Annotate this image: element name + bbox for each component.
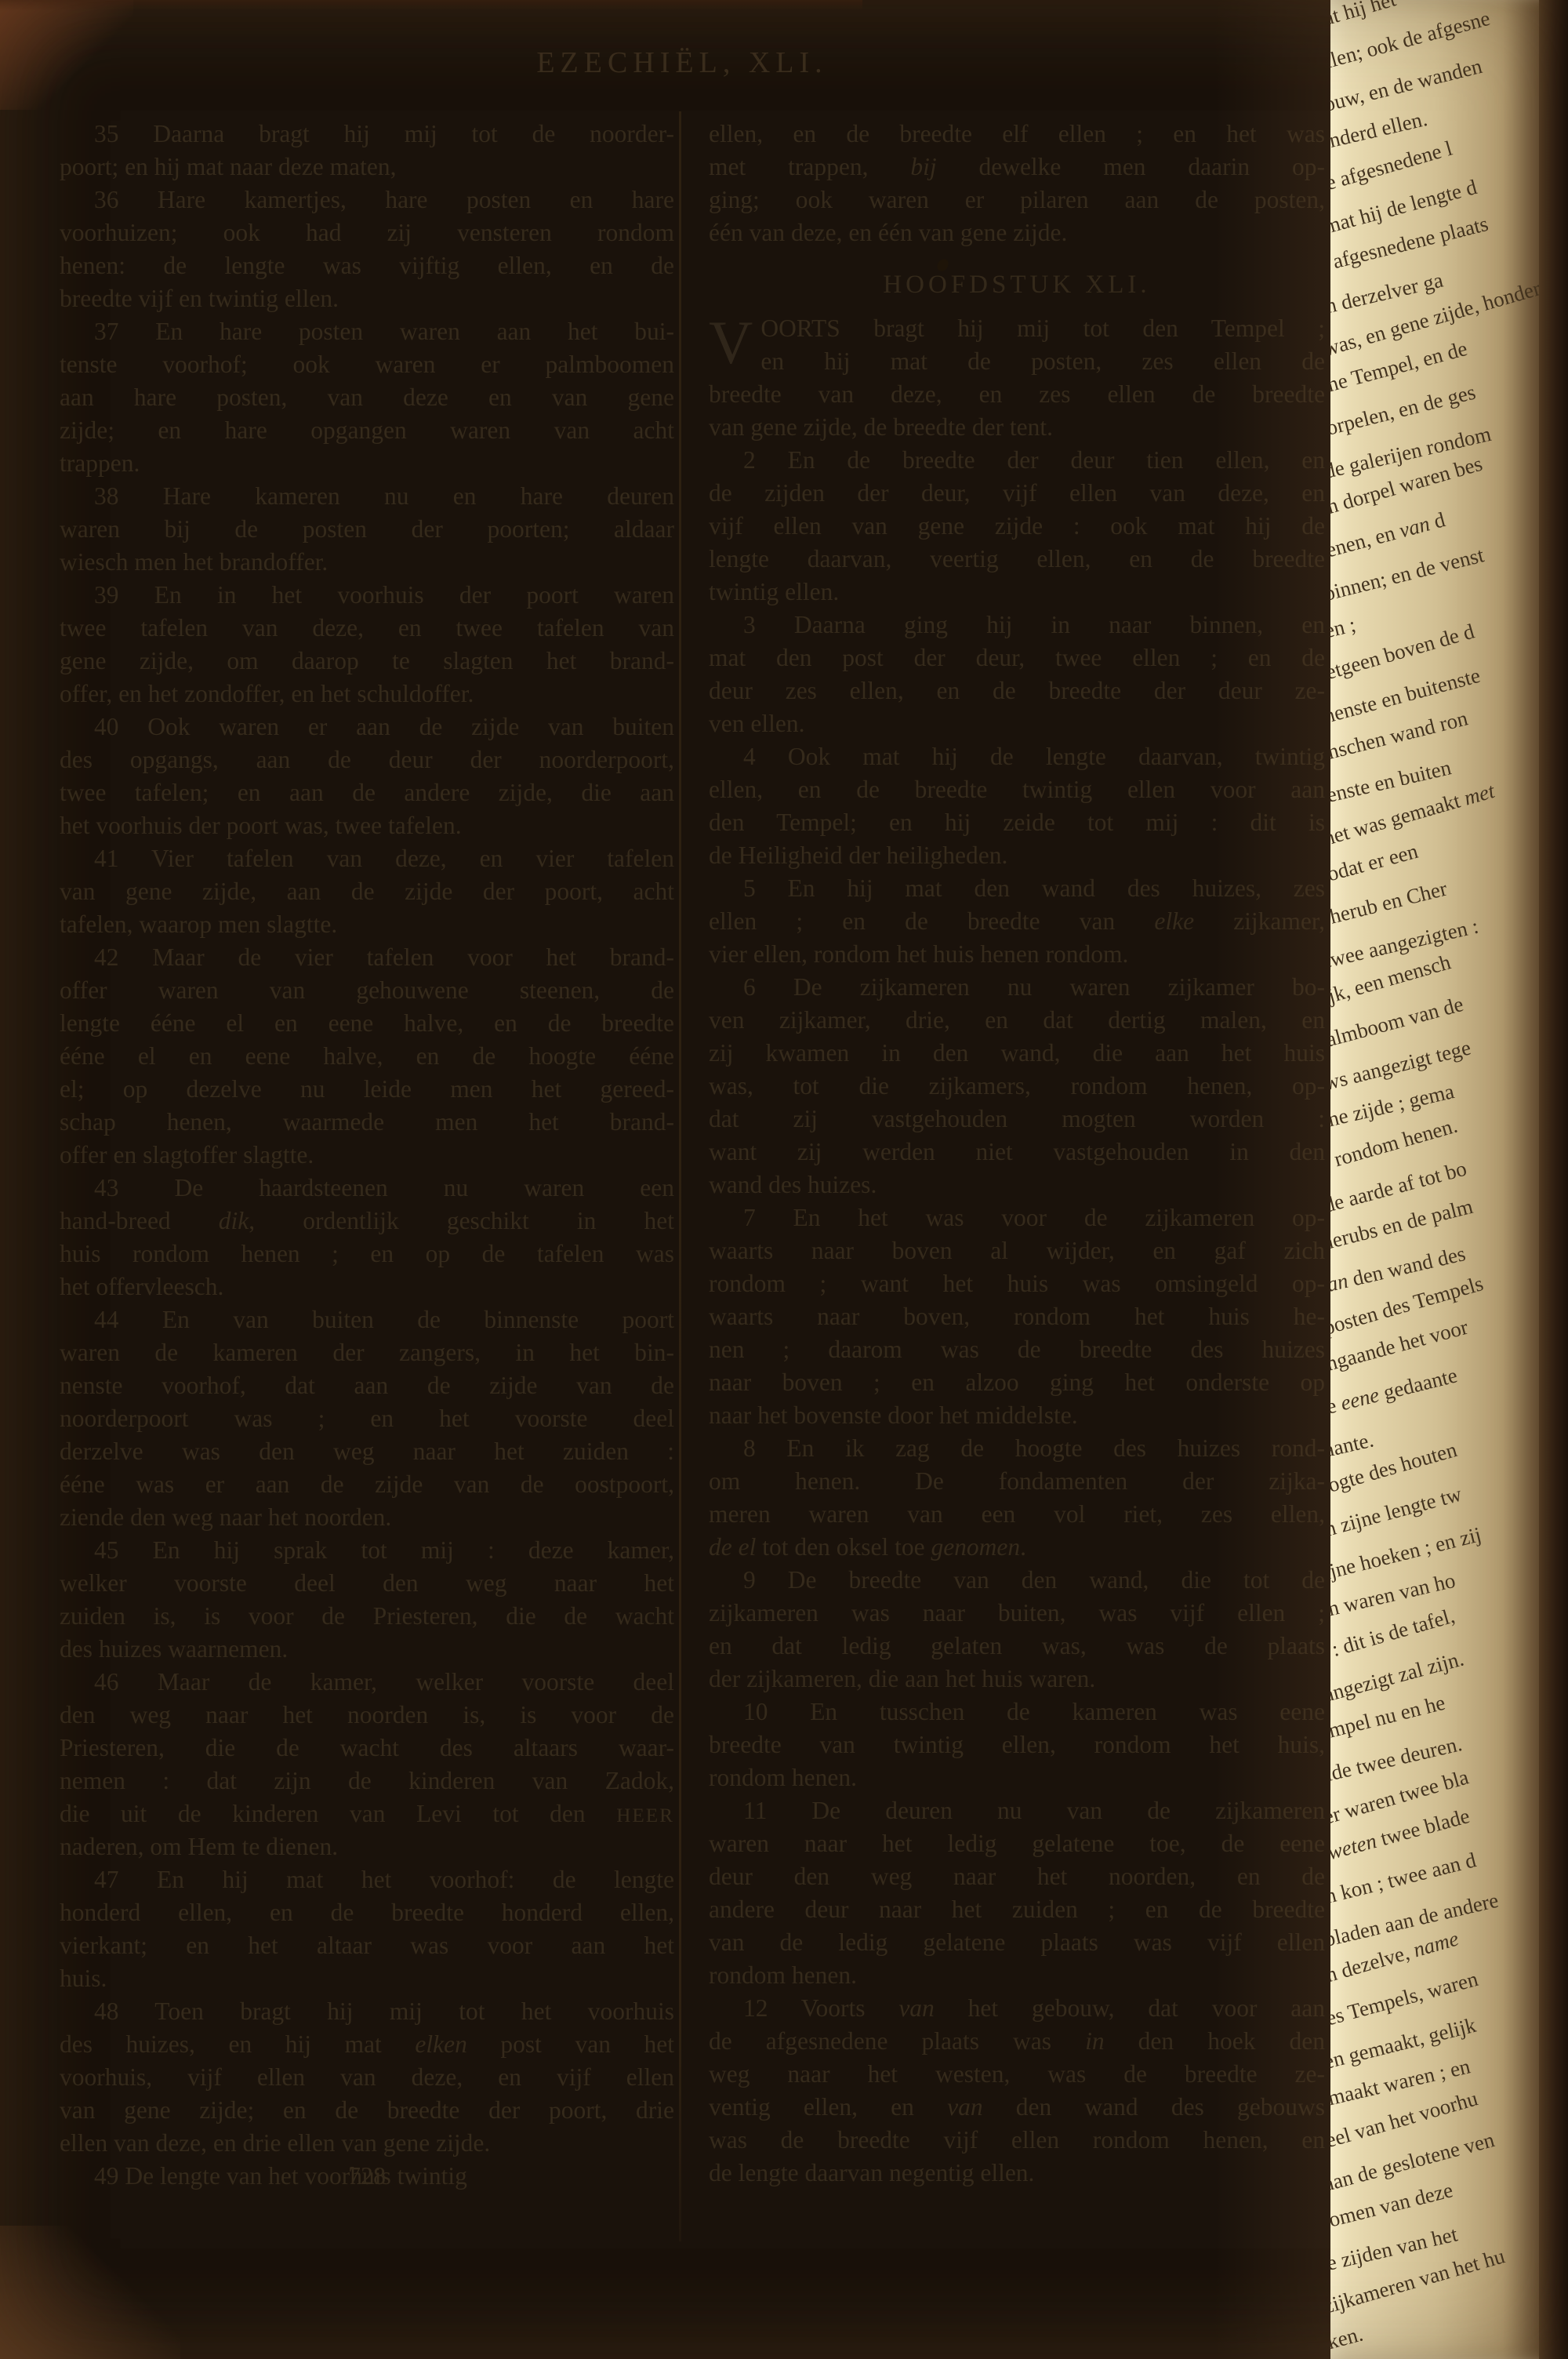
verse: 48 Toen bragt hij mij tot het voorhuisde…	[60, 1995, 674, 2160]
verse-line: welker voorste deel den weg naar het	[60, 1567, 674, 1600]
verse-line: henen: de lengte was vijftig ellen, en d…	[60, 249, 674, 282]
verse-line: het offervleesch.	[60, 1270, 674, 1303]
verse-line: zuiden is, is voor de Priesteren, die de…	[60, 1600, 674, 1633]
verse-line: ééne el en eene halve, en de hoogte ééne	[60, 1040, 674, 1073]
column-divider-rule	[679, 111, 681, 2241]
verse: 46 Maar de kamer, welker voorste deelden…	[60, 1666, 674, 1863]
verse-line: poort; en hij mat naar deze maten,	[60, 151, 674, 184]
page-header-title: EZECHIËL, XLI.	[0, 45, 1364, 80]
next-page-text-fragment: zoodat er een	[1330, 839, 1421, 892]
next-page-text-fragment: eren ;	[1330, 612, 1358, 647]
left-text-column: 35 Daarna bragt hij mij tot de noorder-p…	[60, 118, 674, 2193]
verse-line: ziende den weg naar het noorden.	[60, 1501, 674, 1534]
verse-line: des huizes waarnemen.	[60, 1633, 674, 1666]
verse-line: aan hare posten, van deze en van gene	[60, 381, 674, 414]
verse-line: waren de kameren der zangers, in het bin…	[60, 1336, 674, 1369]
next-page-curled-edge: mat hij hetellen; ook de afgesneouw, en …	[1330, 0, 1541, 2359]
verse-line: huis.	[60, 1962, 674, 1995]
verse-line: twee tafelen; en aan de andere zijde, di…	[60, 776, 674, 809]
verse-line: 42 Maar de vier tafelen voor het brand-	[60, 941, 674, 974]
verse: 47 En hij mat het voorhof: de lengtehond…	[60, 1863, 674, 1995]
verse-line: het voorhuis der poort was, twee tafelen…	[60, 809, 674, 842]
verse-line: wiesch men het brandoffer.	[60, 546, 674, 579]
drop-cap-initial: V	[709, 312, 760, 378]
verse-line: zijde; en hare opgangen waren van acht	[60, 414, 674, 447]
verse-line: 46 Maar de kamer, welker voorste deel	[60, 1666, 674, 1699]
next-page-text-fragment: aante.	[1330, 1427, 1376, 1463]
verse-line: 48 Toen bragt hij mij tot het voorhuis	[60, 1995, 674, 2028]
verse-line: 45 En hij sprak tot mij : deze kamer,	[60, 1534, 674, 1567]
verse-line: vierkant; en het altaar was voor aan het	[60, 1929, 674, 1962]
verse-line: 47 En hij mat het voorhof: de lengte	[60, 1863, 674, 1896]
verse-line: waren bij de posten der poorten; aldaar	[60, 513, 674, 546]
verse-line: naderen, om Hem te dienen.	[60, 1830, 674, 1863]
verse-line: derzelve was den weg naar het zuiden :	[60, 1435, 674, 1468]
verse-line: voorhuis, vijf ellen van deze, en vijf e…	[60, 2061, 674, 2094]
verse-line: el; op dezelve nu leide men het gereed-	[60, 1073, 674, 1106]
verse-line: des opgangs, aan de deur der noorderpoor…	[60, 743, 674, 776]
verse-line: nenste voorhof, dat aan de zijde van de	[60, 1369, 674, 1402]
book-edge-shadow	[1539, 0, 1568, 2359]
verse-line: den weg naar het noorden is, is voor de	[60, 1699, 674, 1732]
edge-shadow-top	[0, 0, 862, 11]
verse-line: trappen.	[60, 447, 674, 480]
verse: 43 De haardsteenen nu waren eenhand-bree…	[60, 1172, 674, 1303]
next-page-text-fragment: anken.	[1330, 2322, 1366, 2359]
verse-line: ééne was er aan de zijde van de oostpoor…	[60, 1468, 674, 1501]
corner-shadow-bottom-left	[0, 2226, 180, 2359]
next-page-text-fragment: de eene gedaante	[1330, 1363, 1460, 1422]
scanned-bible-page: EZECHIËL, XLI. 35 Daarna bragt hij mij t…	[0, 0, 1568, 2359]
verse: 44 En van buiten de binnenste poortwaren…	[60, 1303, 674, 1534]
verse-line: 40 Ook waren er aan de zijde van buiten	[60, 711, 674, 743]
verse-line: voorhuizen; ook had zij vensteren rondom	[60, 216, 674, 249]
verse-line: 37 En hare posten waren aan het bui-	[60, 315, 674, 348]
verse-line: 43 De haardsteenen nu waren een	[60, 1172, 674, 1205]
verse-line: 44 En van buiten de binnenste poort	[60, 1303, 674, 1336]
verse-line: 35 Daarna bragt hij mij tot de noorder-	[60, 118, 674, 151]
verse-line: 36 Hare kamertjes, hare posten en hare	[60, 184, 674, 216]
verse: 36 Hare kamertjes, hare posten en harevo…	[60, 184, 674, 315]
verse-line: gene zijde, om daarop te slagten het bra…	[60, 645, 674, 678]
verse-line: schap henen, waarmede men het brand-	[60, 1106, 674, 1139]
verse-line: lengte ééne el en eene halve, en de bree…	[60, 1007, 674, 1040]
verse: 38 Hare kameren nu en hare deurenwaren b…	[60, 480, 674, 579]
verse-line: offer en slagtoffer slagtte.	[60, 1139, 674, 1172]
next-page-text-fragment: mat hij het	[1330, 0, 1399, 35]
corner-shadow-top-left	[0, 0, 133, 110]
verse-line: hand-breed dik, ordentlijk geschikt in h…	[60, 1205, 674, 1238]
verse-line: 39 En in het voorhuis der poort waren	[60, 579, 674, 612]
verse-line: twee tafelen van deze, en twee tafelen v…	[60, 612, 674, 645]
verse: 41 Vier tafelen van deze, en vier tafele…	[60, 842, 674, 941]
verse-line: offer waren van gehouwene steenen, de	[60, 974, 674, 1007]
verse-line: tenste voorhof; ook waren er palmboomen	[60, 348, 674, 381]
verse: 37 En hare posten waren aan het bui-tens…	[60, 315, 674, 480]
verse: 39 En in het voorhuis der poort warentwe…	[60, 579, 674, 711]
verse: 40 Ook waren er aan de zijde van buitend…	[60, 711, 674, 842]
verse-line: Priesteren, die de wacht des altaars waa…	[60, 1732, 674, 1765]
verse-line: van gene zijde; en de breedte der poort,…	[60, 2094, 674, 2127]
verse-line: noorderpoort was ; en het voorste deel	[60, 1402, 674, 1435]
verse-line: des huizes, en hij mat elken post van he…	[60, 2028, 674, 2061]
page-gutter-shadow	[1214, 0, 1331, 2359]
verse-line: offer, en het zondoffer, en het schuldof…	[60, 678, 674, 711]
verse-line: van gene zijde, aan de zijde der poort, …	[60, 875, 674, 908]
verse: 35 Daarna bragt hij mij tot de noorder-p…	[60, 118, 674, 184]
verse-line: ellen van deze, en drie ellen van gene z…	[60, 2127, 674, 2160]
verse-line: nemen : dat zijn de kinderen van Zadok,	[60, 1765, 674, 1797]
verse-line: tafelen, waarop men slagtte.	[60, 908, 674, 941]
verse: 42 Maar de vier tafelen voor het brand-o…	[60, 941, 674, 1172]
verse-line: honderd ellen, en de breedte honderd ell…	[60, 1896, 674, 1929]
verse-line: 38 Hare kameren nu en hare deuren	[60, 480, 674, 513]
verse-line: die uit de kinderen van Levi tot den HEE…	[60, 1797, 674, 1830]
verse-line: breedte vijf en twintig ellen.	[60, 282, 674, 315]
verse-line: huis rondom henen ; en op de tafelen was	[60, 1238, 674, 1270]
page-number: 728	[60, 2161, 674, 2190]
verse-line: 41 Vier tafelen van deze, en vier tafele…	[60, 842, 674, 875]
verse: 45 En hij sprak tot mij : deze kamer,wel…	[60, 1534, 674, 1666]
